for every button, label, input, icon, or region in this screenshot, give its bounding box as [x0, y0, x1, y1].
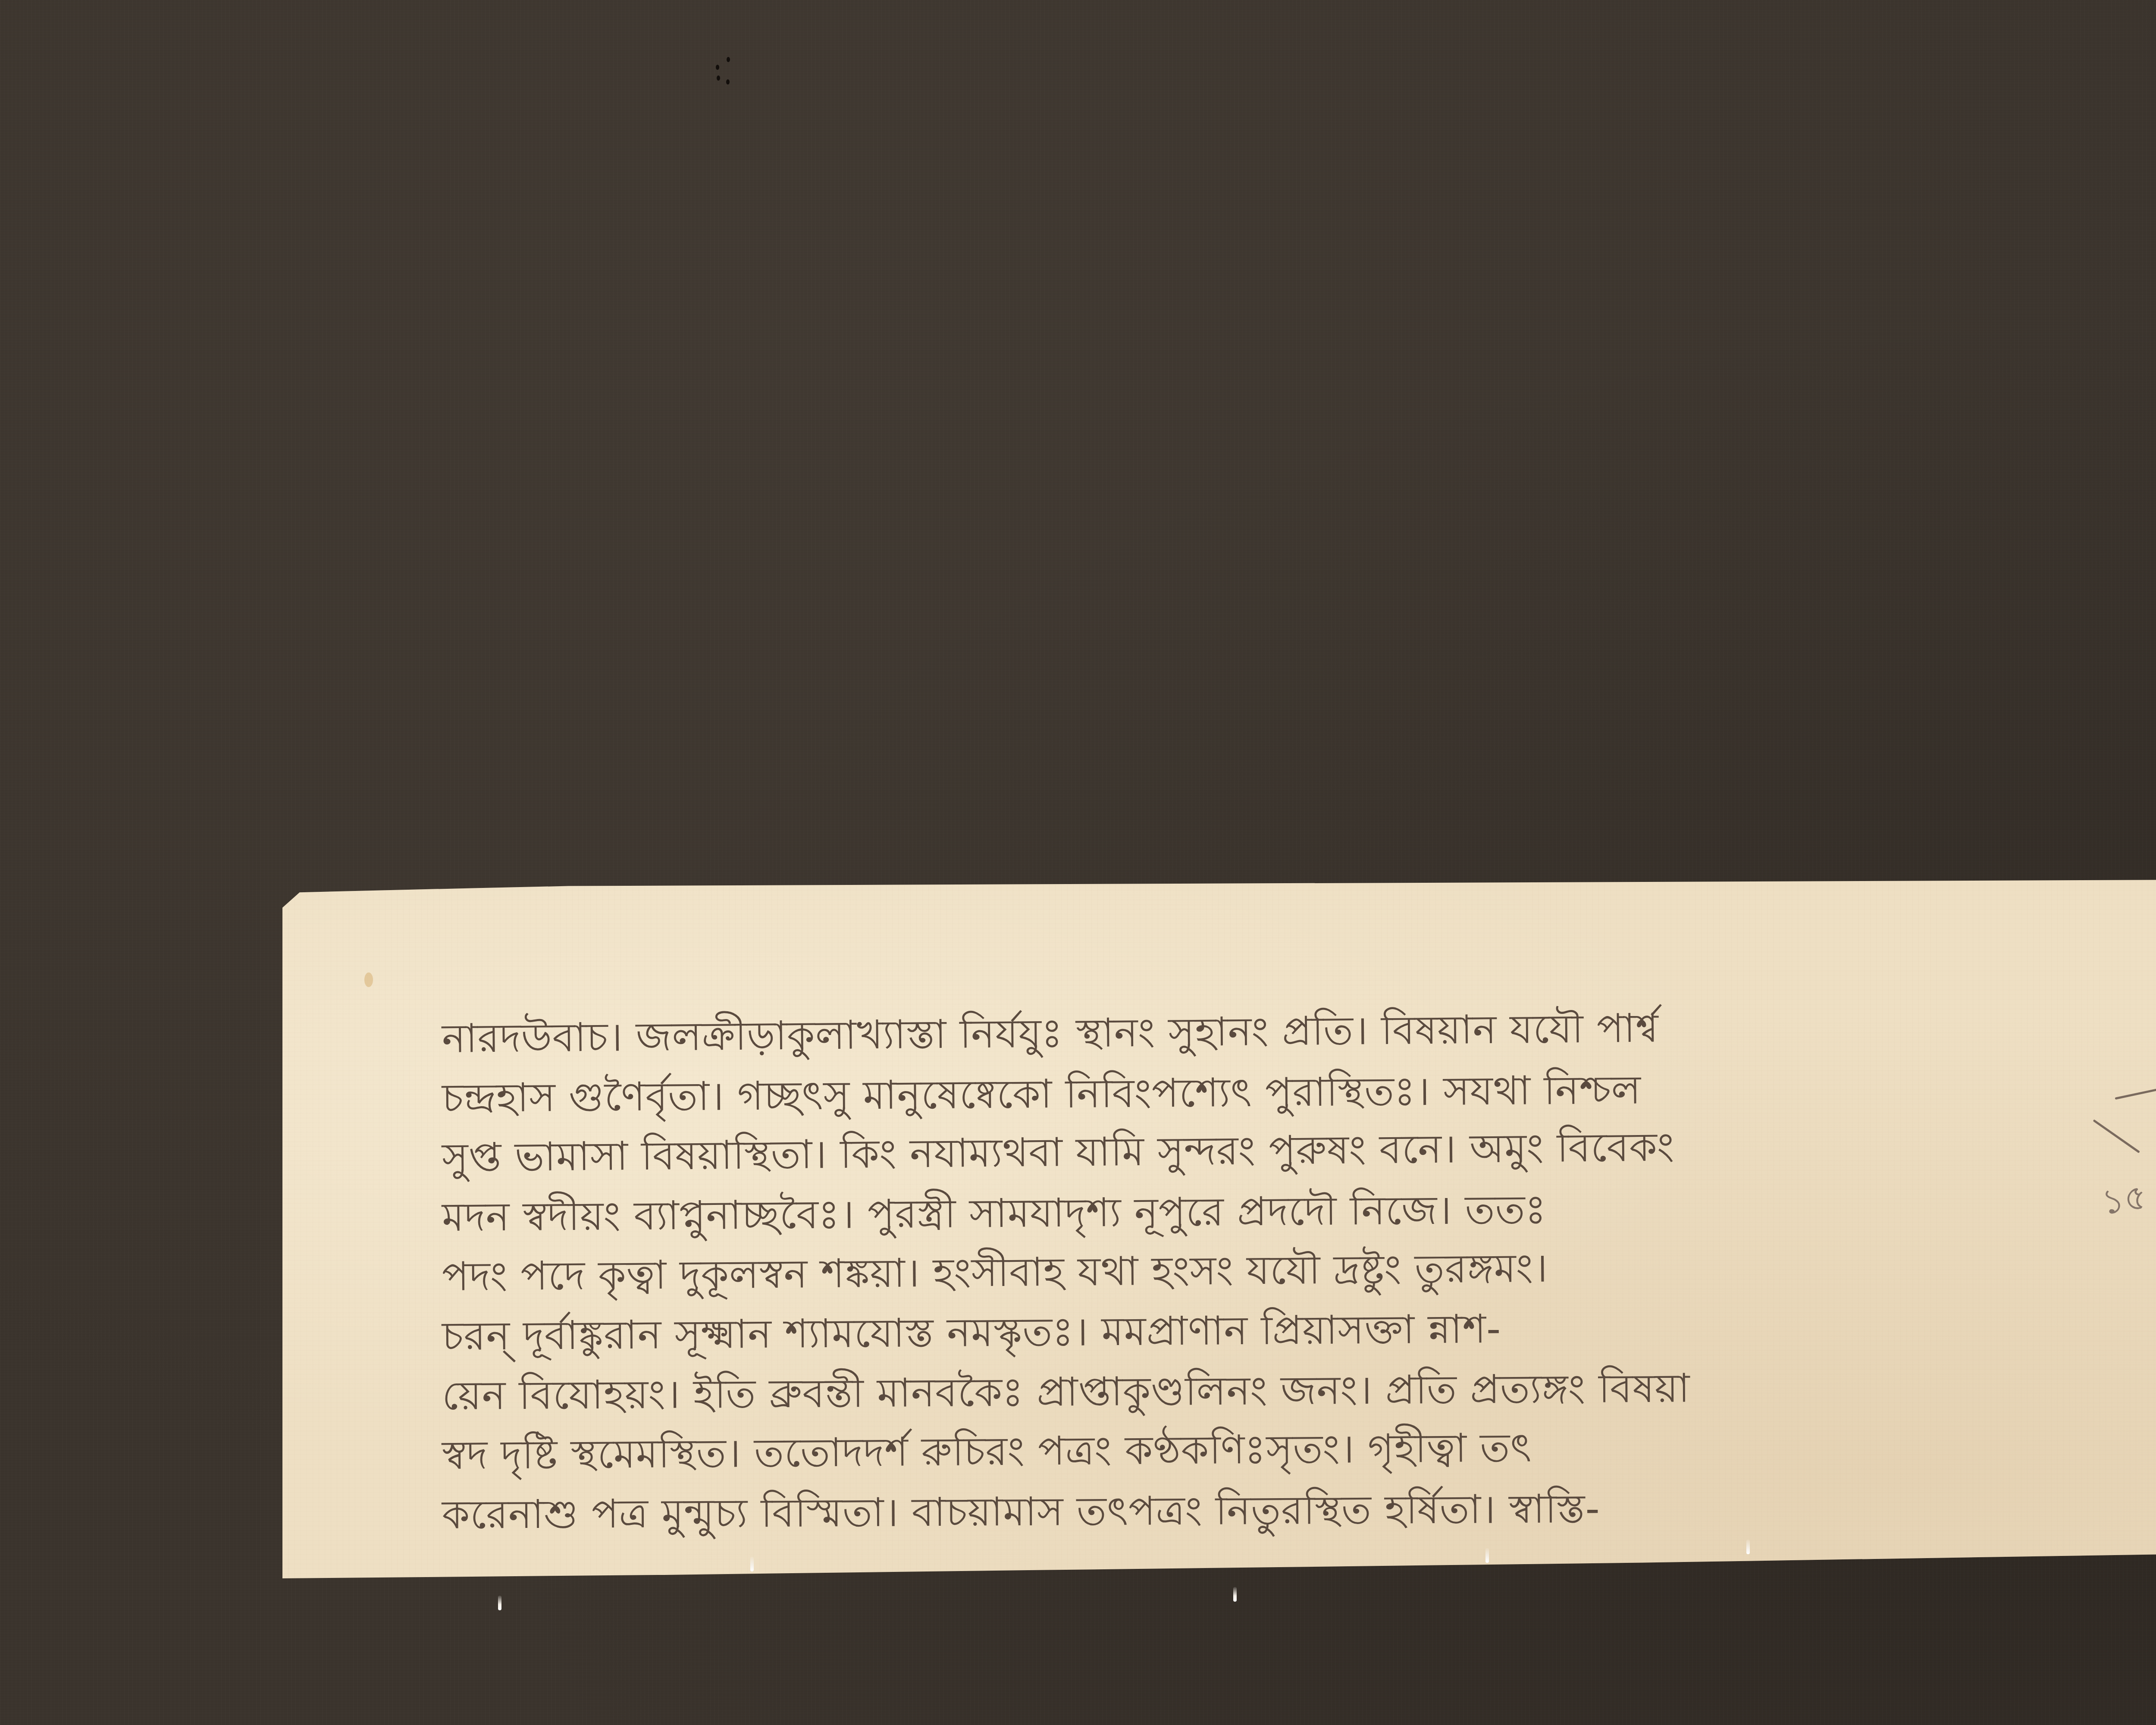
pinhole — [726, 79, 730, 85]
mounting-pin — [750, 1557, 754, 1571]
dark-backing-board: নারদউবাচ। জলক্রীড়াকুলাখ্যাস্তা নির্যযুঃ… — [0, 0, 2156, 1725]
manuscript-line-8: স্বদ দৃষ্টি স্থমেমস্থিত। ততোদদর্শ রুচিরং… — [442, 1414, 2150, 1485]
manuscript-line-9: করেনাশু পত্র মুন্মুচ্য বিস্মিতা। বাচয়াম… — [442, 1476, 2150, 1545]
paper-stain — [364, 972, 373, 987]
marginal-folio-number: ১৫ — [2098, 1170, 2150, 1233]
mounting-pin — [1233, 1587, 1237, 1602]
mounting-pin — [498, 1596, 501, 1610]
manuscript-line-6: চরন্ দূর্বাঙ্কুরান সূক্ষ্মান শ্যামযোস্ত … — [442, 1295, 2150, 1366]
manuscript-leaf: নারদউবাচ। জলক্রীড়াকুলাখ্যাস্তা নির্যযুঃ… — [282, 880, 2156, 1578]
mounting-pin — [1746, 1540, 1750, 1554]
pinhole — [717, 75, 720, 81]
pinhole — [727, 57, 730, 62]
mounting-pin — [1485, 1548, 1489, 1563]
manuscript-text: নারদউবাচ। জলক্রীড়াকুলাখ্যাস্তা নির্যযুঃ… — [442, 1009, 2150, 1545]
pinhole-cluster — [716, 52, 742, 82]
pinhole — [716, 65, 719, 70]
